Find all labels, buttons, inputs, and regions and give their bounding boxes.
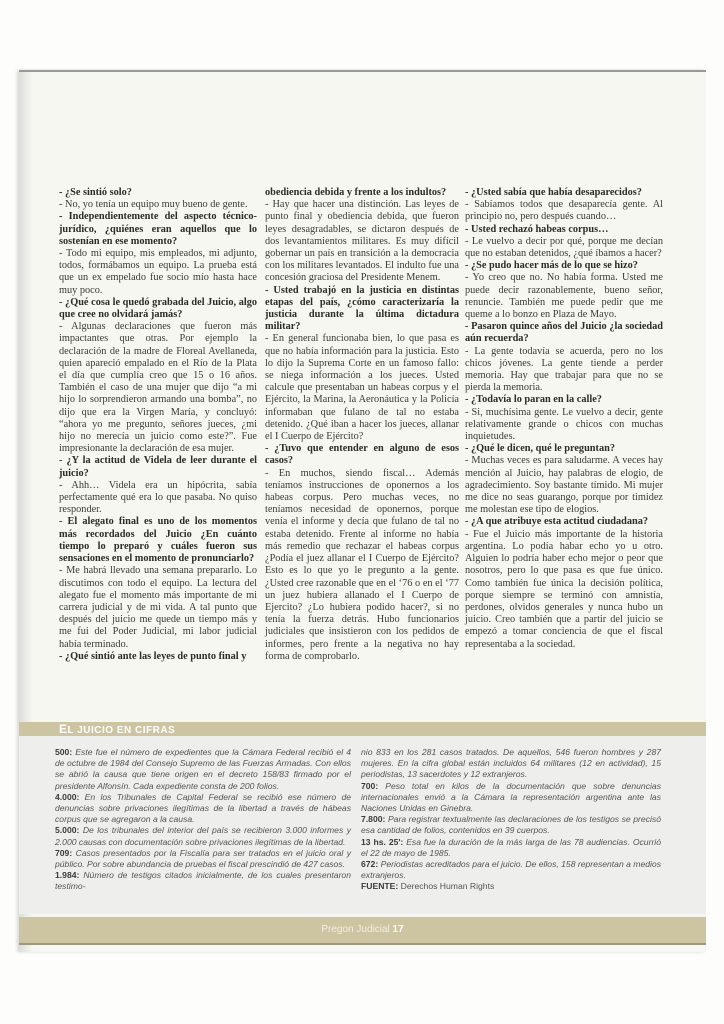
title-initial: E xyxy=(59,722,68,736)
interview-question: - Usted trabajó en la justicia en distin… xyxy=(265,285,459,334)
interview-answer: - No, yo tenía un equipo muy bueno de ge… xyxy=(59,199,257,211)
figure-entry: 672: Periodistas acreditados para el jui… xyxy=(361,859,661,881)
source-label: FUENTE: xyxy=(361,881,398,891)
page-number: 17 xyxy=(393,924,404,935)
figure-entry: 700: Peso total en kilos de la documenta… xyxy=(361,781,661,815)
figure-description: De los tribunales del interior del país … xyxy=(55,825,351,846)
interview-answer: - La gente todavía se acuerda, pero no l… xyxy=(465,346,663,395)
figure-entry: 13 hs. 25': Esa fue la duración de la má… xyxy=(361,837,661,859)
interview-question: - Usted rechazó habeas corpus… xyxy=(465,224,663,236)
figures-column-2: nio 833 en los 281 casos tratados. De aq… xyxy=(361,747,661,893)
interview-question: - Pasaron quince años del Juicio ¿la soc… xyxy=(465,321,663,345)
figure-entry: 500: Este fue el número de expedientes q… xyxy=(55,747,351,792)
figure-description: Número de testigos citados inicialmente,… xyxy=(55,870,351,891)
page-footer-bar: Pregon Judicial 17 xyxy=(19,917,706,945)
figure-entry: 709: Casos presentados por la Fiscalía p… xyxy=(55,848,351,870)
interview-column-3: - ¿Usted sabía que había desaparecidos?-… xyxy=(465,187,663,651)
interview-answer: - Ahh… Videla era un hipócrita, sabía pe… xyxy=(59,480,257,517)
figures-source: FUENTE: Derechos Human Rights xyxy=(361,881,661,892)
interview-answer: - Algunas declaraciones que fueron más i… xyxy=(59,321,257,455)
interview-answer: - Hay que hacer una distinción. Las leye… xyxy=(265,199,459,284)
figure-number: 7.800: xyxy=(361,814,385,824)
interview-question: - ¿Y la actitud de Videla de leer durant… xyxy=(59,455,257,479)
title-rest: L JUICIO EN CIFRAS xyxy=(68,725,176,736)
figure-description: Casos presentados por la Fiscalía para s… xyxy=(55,848,351,869)
publication-name: Pregon Judicial xyxy=(321,924,392,935)
figure-number: 672: xyxy=(361,859,378,869)
figure-number: 13 hs. 25': xyxy=(361,837,403,847)
interview-question: - ¿Tuvo que entender en alguno de esos c… xyxy=(265,443,459,467)
page-footer-text: Pregon Judicial 17 xyxy=(19,917,706,943)
interview-question: - ¿Se sintió solo? xyxy=(59,187,257,199)
interview-question: - Independientemente del aspecto técnico… xyxy=(59,211,257,248)
interview-column-2: obediencia debida y frente a los indulto… xyxy=(265,187,459,663)
figure-number: 709: xyxy=(55,848,72,858)
figures-box-header: EL JUICIO EN CIFRAS xyxy=(19,722,706,736)
figures-box: EL JUICIO EN CIFRAS 500: Este fue el núm… xyxy=(19,722,706,914)
figures-column-1: 500: Este fue el número de expedientes q… xyxy=(55,747,351,893)
interview-answer: - Sabíamos todos que desaparecía gente. … xyxy=(465,199,663,223)
interview-question: - ¿Qué cosa le quedó grabada del Juicio,… xyxy=(59,297,257,321)
interview-question: - ¿Se pudo hacer más de lo que se hizo? xyxy=(465,260,663,272)
figure-description: Esa fue la duración de la más larga de l… xyxy=(361,837,661,858)
interview-question: - ¿Qué sintió ante las leyes de punto fi… xyxy=(59,651,257,663)
interview-answer: - Me habrá llevado una semana prepararlo… xyxy=(59,565,257,650)
interview-answer: - Todo mi equipo, mis empleados, mi adju… xyxy=(59,248,257,297)
figure-entry: 7.800: Para registrar textualmente las d… xyxy=(361,814,661,836)
figure-number: 4.000: xyxy=(55,792,79,802)
figure-number: 500: xyxy=(55,747,72,757)
figure-description: Este fue el número de expedientes que la… xyxy=(55,747,351,791)
figure-entry: 1.984: Número de testigos citados inicia… xyxy=(55,870,351,892)
interview-question: - ¿Usted sabía que había desaparecidos? xyxy=(465,187,663,199)
figure-number: 1.984: xyxy=(55,870,79,880)
interview-answer: - Muchas veces es para saludarme. A vece… xyxy=(465,455,663,516)
figure-description: Peso total en kilos de la documentación … xyxy=(361,781,661,813)
figure-entry: nio 833 en los 281 casos tratados. De aq… xyxy=(361,747,661,781)
interview-question: - ¿Qué le dicen, qué le preguntan? xyxy=(465,443,663,455)
interview-answer: - En general funcionaba bien, lo que pas… xyxy=(265,333,459,443)
interview-answer: - Yo creo que no. No había forma. Usted … xyxy=(465,272,663,321)
interview-answer: - Le vuelvo a decir por qué, porque me d… xyxy=(465,236,663,260)
figure-description: nio 833 en los 281 casos tratados. De aq… xyxy=(361,747,661,779)
interview-column-1: - ¿Se sintió solo?- No, yo tenía un equi… xyxy=(59,187,257,663)
interview-answer: - Fue el Juicio más importante de la his… xyxy=(465,529,663,651)
figure-description: Para registrar textualmente las declarac… xyxy=(361,814,661,835)
figure-number: 5.000: xyxy=(55,825,79,835)
interview-question: - ¿Todavía lo paran en la calle? xyxy=(465,394,663,406)
interview-columns: - ¿Se sintió solo?- No, yo tenía un equi… xyxy=(59,187,689,717)
figure-description: En los Tribunales de Capital Federal se … xyxy=(55,792,351,824)
interview-question: - ¿A que atribuye esta actitud ciudadana… xyxy=(465,516,663,528)
figures-box-title: EL JUICIO EN CIFRAS xyxy=(59,722,175,738)
interview-question: obediencia debida y frente a los indulto… xyxy=(265,187,459,199)
magazine-page: - ¿Se sintió solo?- No, yo tenía un equi… xyxy=(19,70,706,952)
source-text: Derechos Human Rights xyxy=(398,881,494,891)
figure-entry: 4.000: En los Tribunales de Capital Fede… xyxy=(55,792,351,826)
interview-answer: - En muchos, siendo fiscal… Además tenía… xyxy=(265,468,459,663)
figure-description: Periodistas acreditados para el juicio. … xyxy=(361,859,661,880)
figure-number: 700: xyxy=(361,781,378,791)
figure-entry: 5.000: De los tribunales del interior de… xyxy=(55,825,351,847)
interview-question: - El alegato final es uno de los momento… xyxy=(59,516,257,565)
interview-answer: - Si, muchísima gente. Le vuelvo a decir… xyxy=(465,407,663,444)
